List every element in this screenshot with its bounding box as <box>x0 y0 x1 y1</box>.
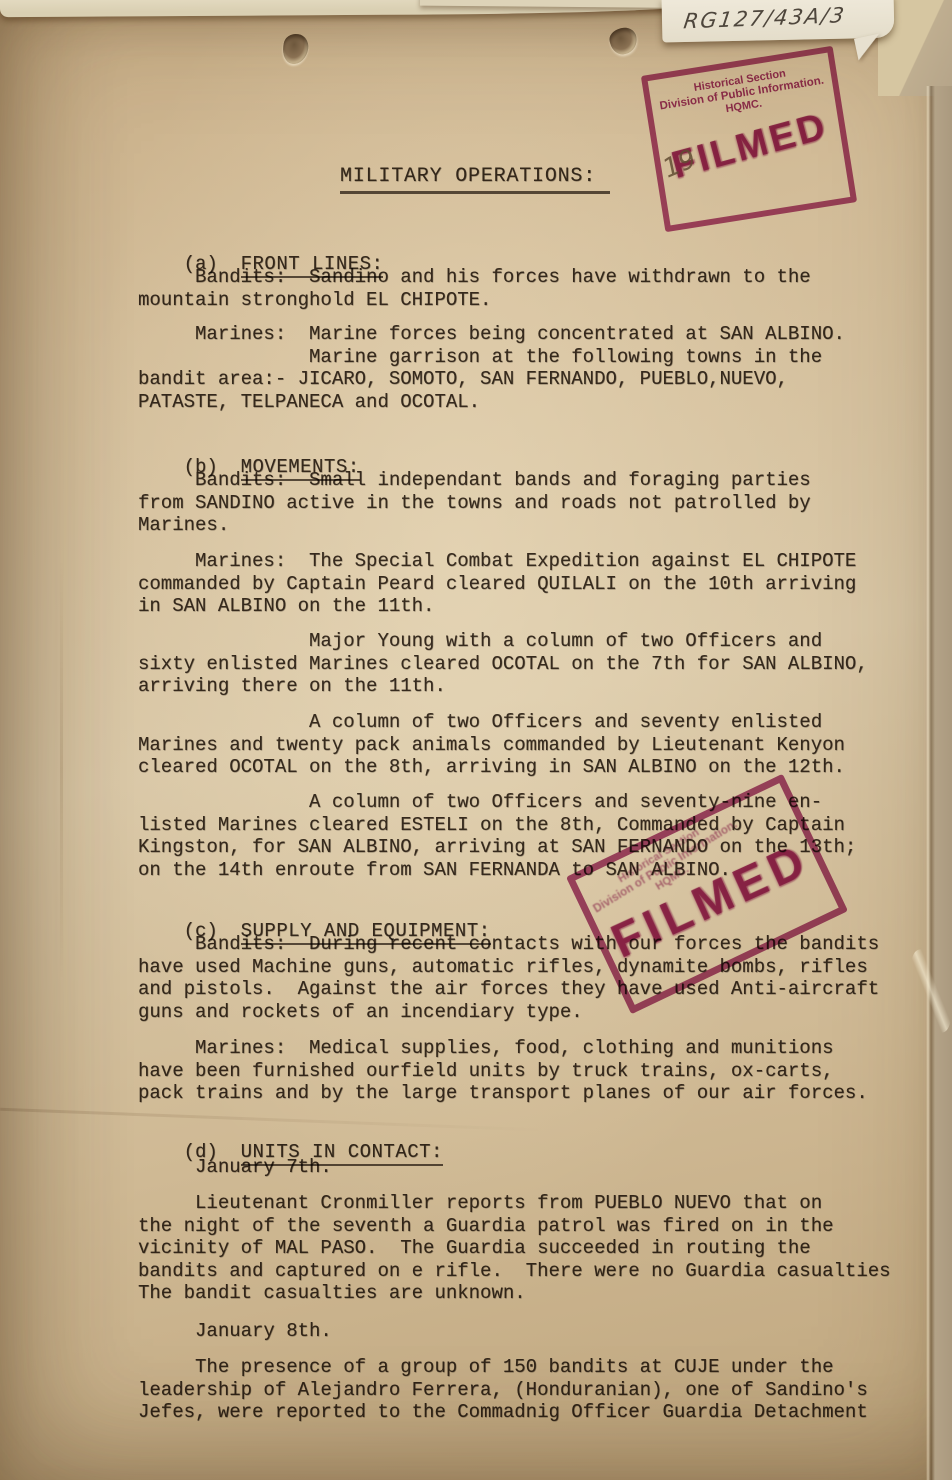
paragraph: Bandits: During recent contacts with our… <box>138 933 879 1023</box>
page-title: MILITARY OPERATIONS: <box>340 166 610 194</box>
paragraph: Marines: The Special Combat Expedition a… <box>138 550 856 618</box>
page-right-edge <box>926 86 952 1480</box>
paragraph: Bandits: Sandino and his forces have wit… <box>138 266 811 311</box>
paper-crease <box>60 560 63 980</box>
document-page: RG127/43A/3 Historical Section Division … <box>0 0 952 1480</box>
punch-hole-left <box>281 32 310 65</box>
paragraph: A column of two Officers and seventy-nin… <box>138 791 856 881</box>
paragraph: January 8th. <box>138 1320 332 1343</box>
paragraph: A column of two Officers and seventy enl… <box>138 711 845 779</box>
archive-label: RG127/43A/3 <box>662 0 895 42</box>
filmed-stamp-top: Historical Section Division of Public In… <box>641 46 857 232</box>
paragraph: Marines: Marine forces being concentrate… <box>138 323 845 413</box>
paragraph: Bandits: Small independant bands and for… <box>138 469 811 537</box>
paragraph: The presence of a group of 150 bandits a… <box>138 1356 868 1424</box>
paragraph: January 7th. <box>138 1156 332 1179</box>
stamp-border: Historical Section Division of Public In… <box>641 46 857 232</box>
archive-label-text: RG127/43A/3 <box>682 3 847 33</box>
paragraph: Lieutenant Cronmiller reports from PUEBL… <box>138 1192 891 1305</box>
paragraph: Major Young with a column of two Officer… <box>138 630 868 698</box>
paragraph: Marines: Medical supplies, food, clothin… <box>138 1037 868 1105</box>
punch-hole-right <box>607 25 639 57</box>
